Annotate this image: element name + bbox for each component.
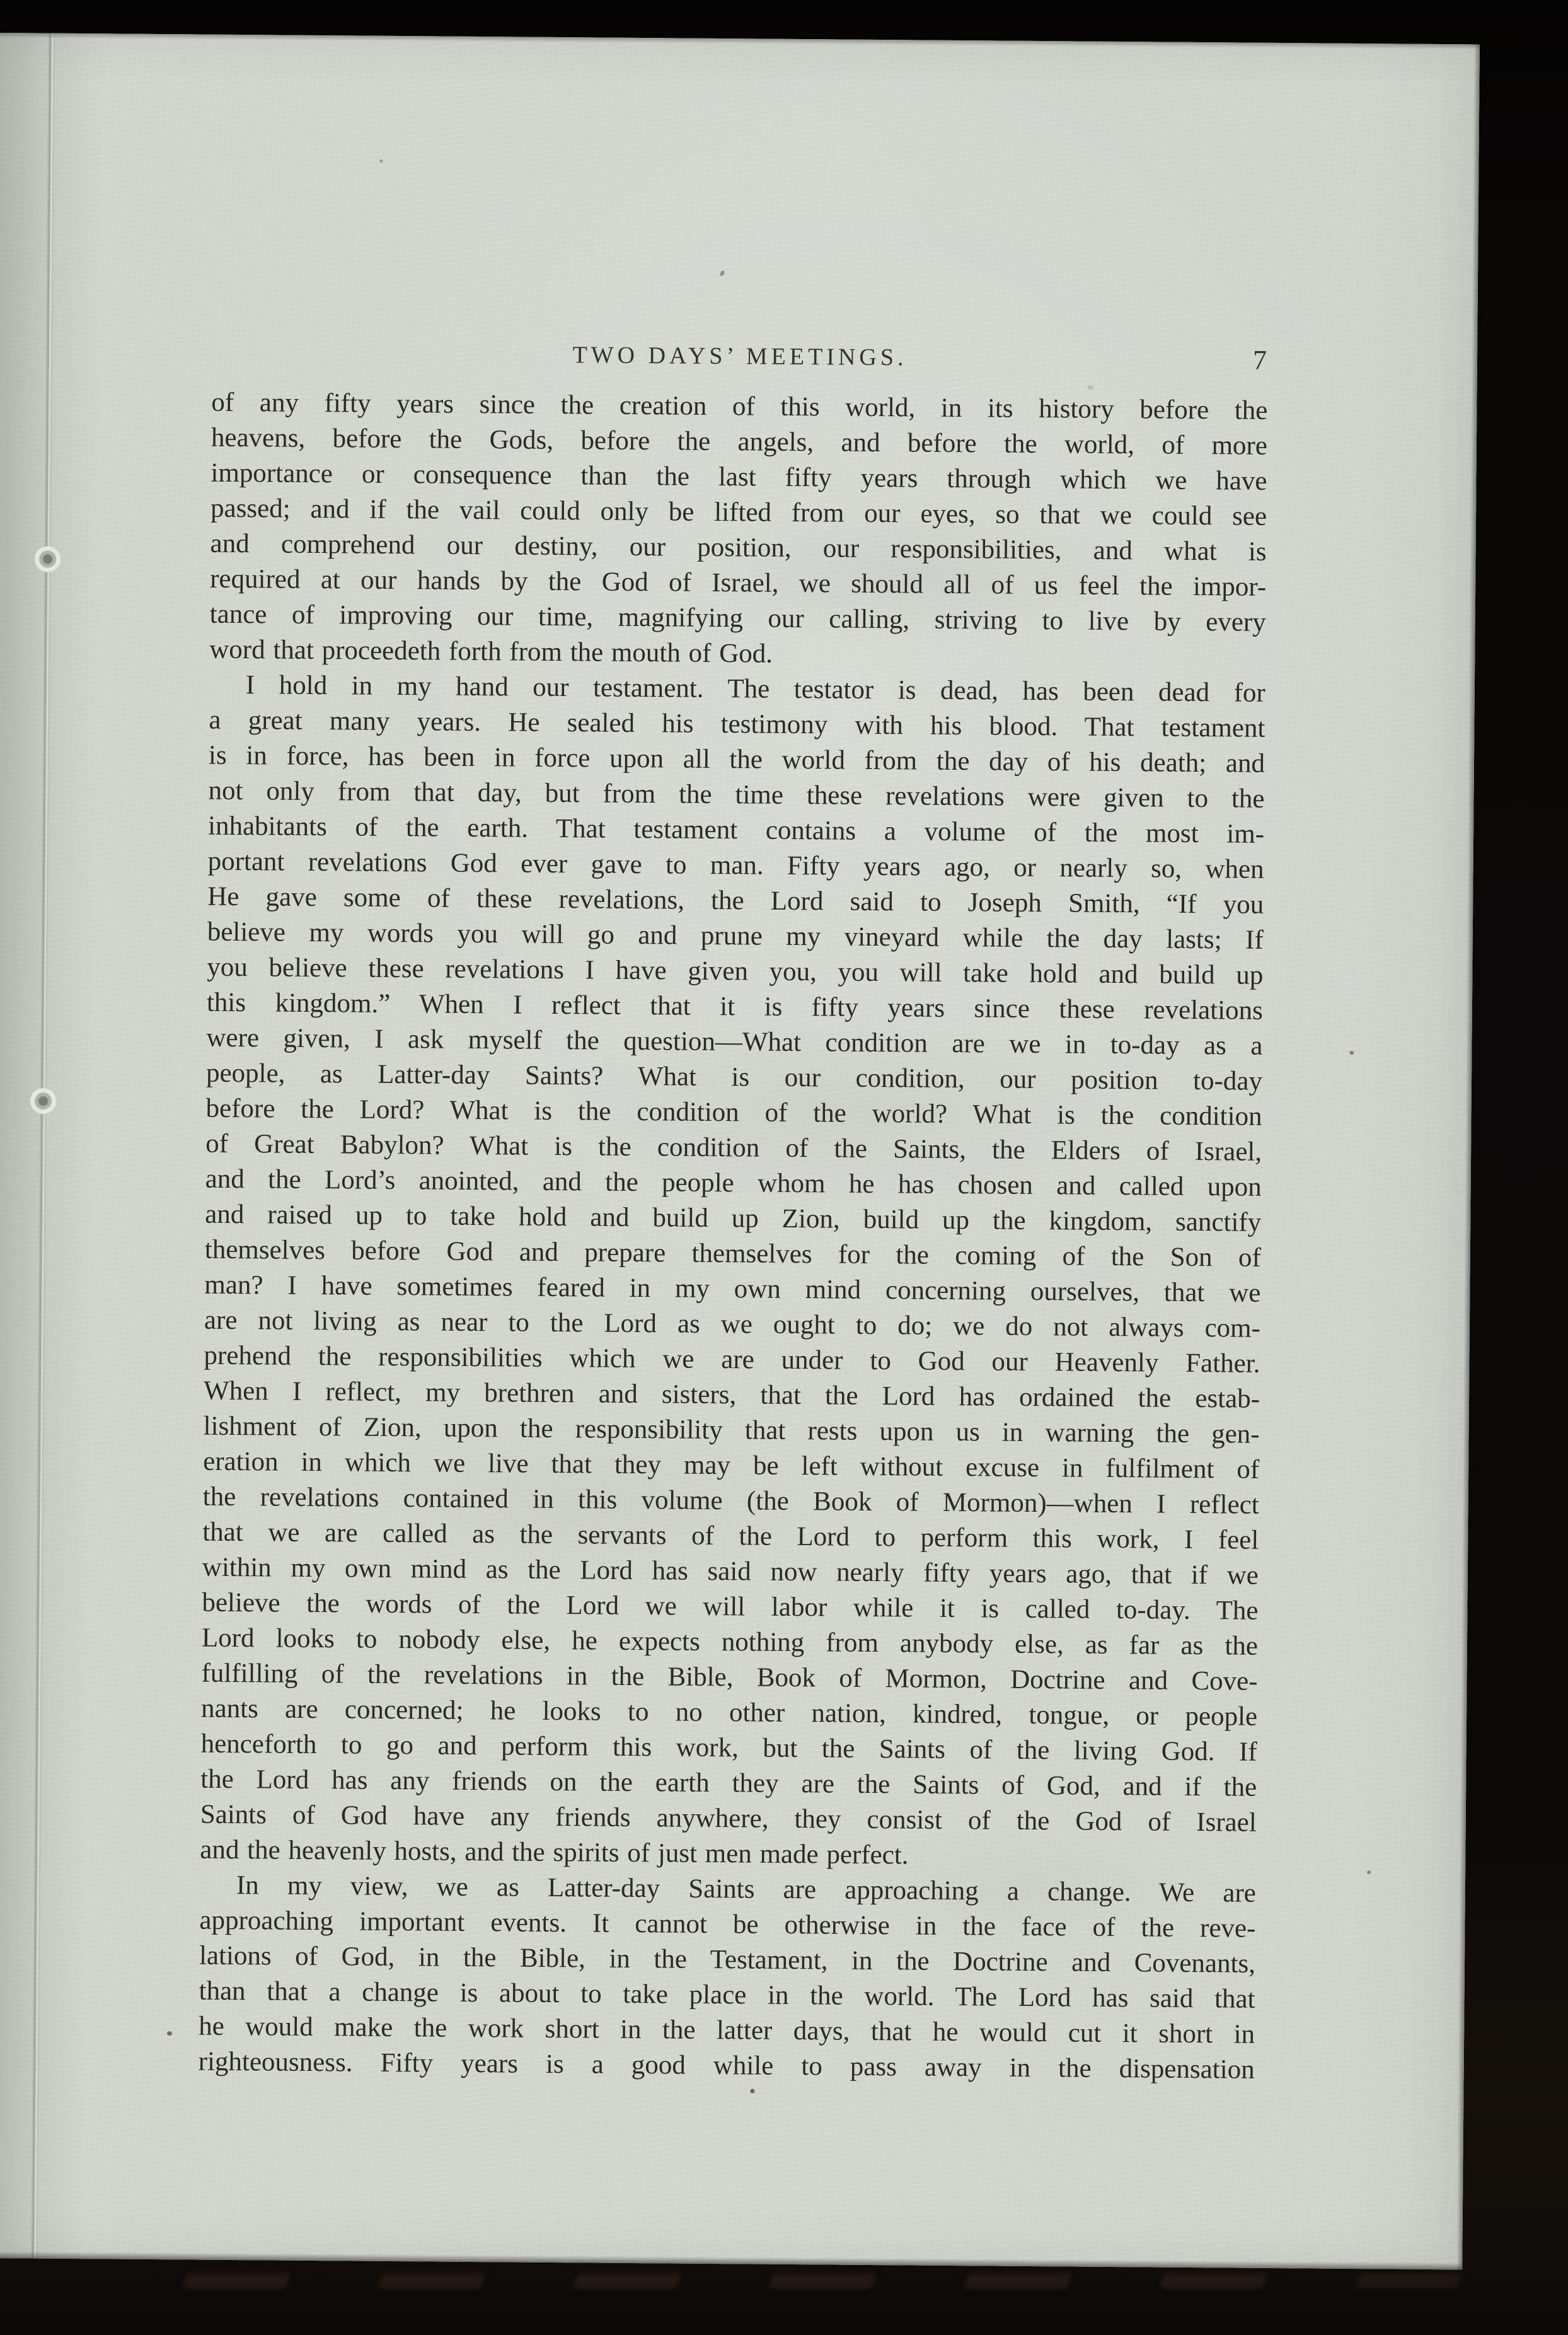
page-body-text: of any fifty years since the creation of…	[199, 385, 1268, 2088]
text-line: righteousness. Fifty years is a good whi…	[199, 2044, 1255, 2088]
paper-speck	[1349, 1051, 1354, 1055]
film-edge-mark	[378, 2273, 486, 2288]
page-edge-top	[0, 33, 1480, 49]
scanned-book-page-photo: TWO DAYS’ MEETINGS. 7 of any fifty years…	[0, 0, 1568, 2335]
running-header: TWO DAYS’ MEETINGS.	[212, 339, 1268, 374]
book-page: TWO DAYS’ MEETINGS. 7 of any fifty years…	[0, 33, 1480, 2269]
paper-speck	[750, 2089, 754, 2093]
paper-speck	[167, 2031, 172, 2036]
paper-speck	[1088, 386, 1093, 390]
film-edge-mark	[1355, 2273, 1463, 2288]
film-edge-mark	[769, 2273, 877, 2288]
stitch-hole	[25, 1086, 61, 1118]
page-header-row: TWO DAYS’ MEETINGS. 7	[212, 339, 1268, 378]
film-edge-mark	[574, 2273, 681, 2288]
paper-speck	[719, 270, 725, 277]
paper-speck	[1367, 1870, 1371, 1874]
film-edge-mark	[183, 2273, 291, 2288]
paper-speck	[379, 159, 383, 163]
film-edge-mark	[964, 2273, 1072, 2288]
page-edge-right	[1456, 44, 1480, 2269]
film-edge-mark	[1160, 2273, 1267, 2288]
page-edge-bottom	[0, 2251, 1462, 2269]
page-number: 7	[1253, 344, 1267, 376]
